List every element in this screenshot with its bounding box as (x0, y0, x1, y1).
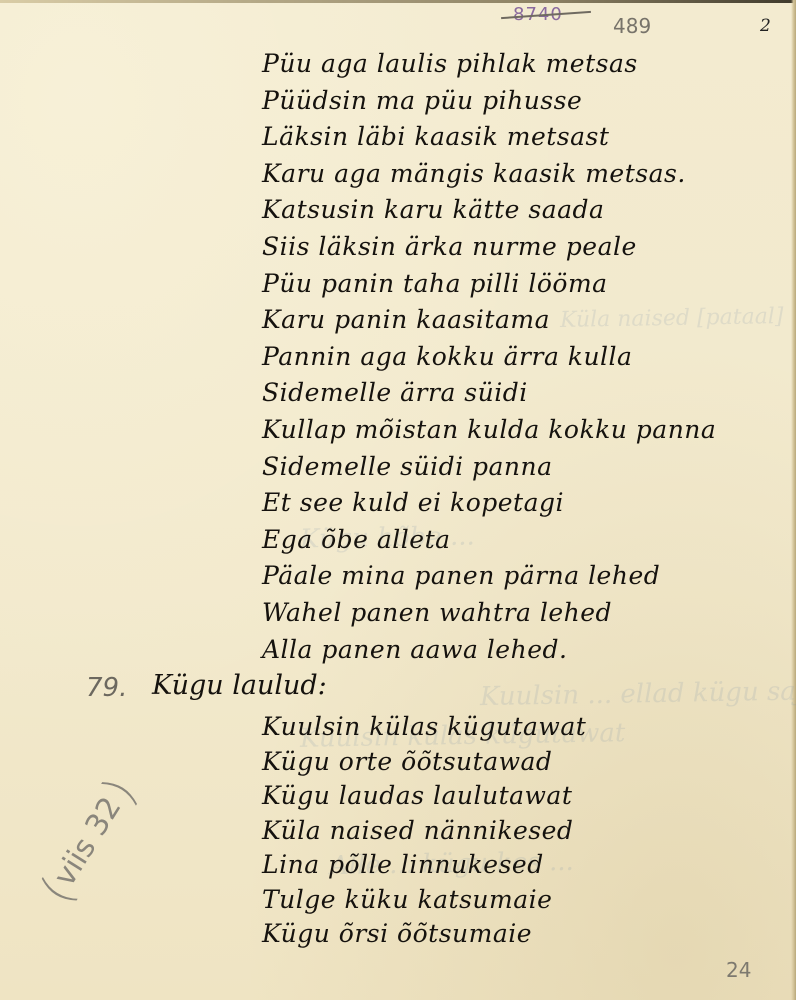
verse-line: Püu aga laulis pihlak metsas (262, 46, 782, 83)
verse-line: Lina põlle linnukesed (262, 848, 782, 883)
song-number: 79. (86, 673, 127, 703)
verse-line: Püu panin taha pilli lööma (262, 266, 782, 303)
verse-line: Pannin aga kokku ärra kulla (262, 339, 782, 376)
verse-line: Et see kuld ei kopetagi (262, 485, 782, 522)
verse-line: Läksin läbi kaasik metsast (262, 119, 782, 156)
verse-line: Ega õbe alleta (262, 522, 782, 559)
sheet-number: 2 (760, 16, 771, 36)
paper-right-edge (791, 0, 796, 1000)
verse-line: Katsusin karu kätte saada (262, 192, 782, 229)
verse-line: Küla naised nännikesed (262, 814, 782, 849)
verse-line: Kügu laudas laulutawat (262, 779, 782, 814)
archive-number-old: 8740 (513, 4, 563, 25)
verse-line: Püüdsin ma püu pihusse (262, 83, 782, 120)
verse-line: Siis läksin ärka nurme peale (262, 229, 782, 266)
verse-line: Alla panen aawa lehed. (262, 632, 782, 669)
verse-line: Sidemelle ärra süidi (262, 375, 782, 412)
margin-note: ( viis 32 ) (14, 747, 170, 922)
verse-line: Päale mina panen pärna lehed (262, 558, 782, 595)
verse-line: Tulge küku katsumaie (262, 883, 782, 918)
archive-number: 489 (613, 14, 651, 38)
song-79-verse: Kuulsin külas kügutawat Kügu orte õõtsut… (262, 710, 782, 952)
verse-line: Karu panin kaasitama (262, 302, 782, 339)
song-title: Kügu laulud: (152, 670, 327, 701)
manuscript-page: Kuulsin külas kügutawat Küla naised [pat… (0, 0, 796, 1000)
margin-note-text: viis 32 (47, 791, 128, 892)
verse-line: Wahel panen wahtra lehed (262, 595, 782, 632)
verse-line: Kullap mõistan kulda kokku panna (262, 412, 782, 449)
verse-line: Karu aga mängis kaasik metsas. (262, 156, 782, 193)
paper-top-edge (0, 0, 796, 3)
verse-line: Sidemelle süidi panna (262, 449, 782, 486)
verse-line: Kügu õrsi õõtsumaie (262, 917, 782, 952)
page-count: 24 (726, 958, 751, 982)
song-78-verse: Püu aga laulis pihlak metsas Püüdsin ma … (262, 46, 782, 668)
verse-line: Kuulsin külas kügutawat (262, 710, 782, 745)
verse-line: Kügu orte õõtsutawad (262, 745, 782, 780)
